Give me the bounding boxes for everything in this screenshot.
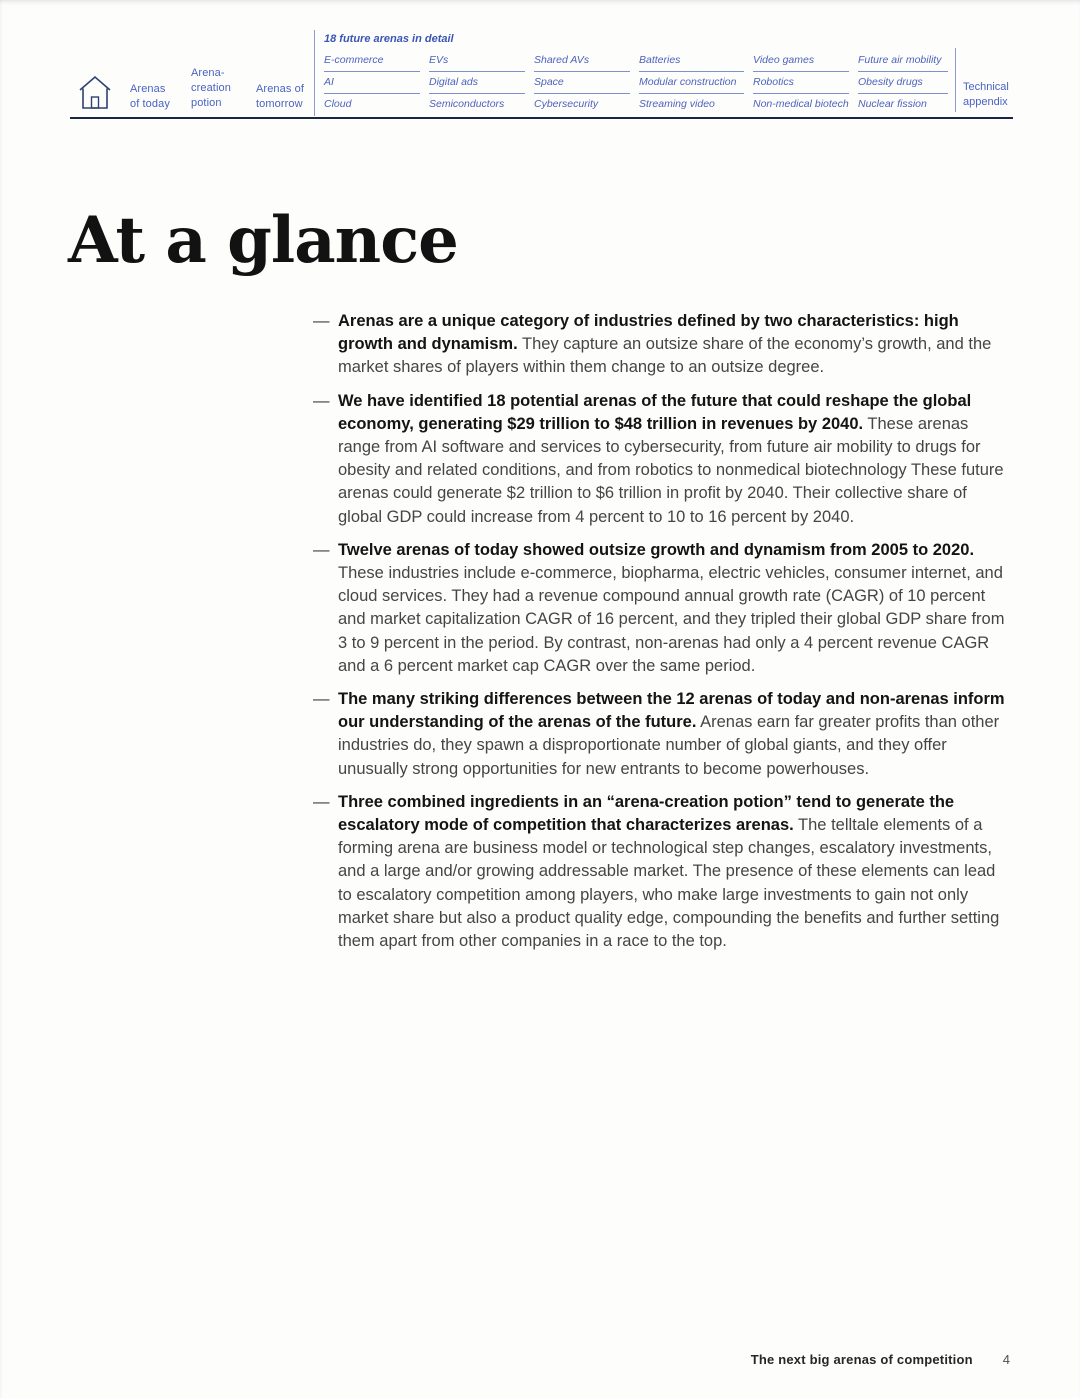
bullet-body: These industries include e-commerce, bio…	[338, 564, 1004, 675]
nav-link-batteries[interactable]: Batteries	[639, 50, 744, 72]
nav-link-nuclear-fission[interactable]: Nuclear fission	[858, 94, 948, 115]
nav-link-cloud[interactable]: Cloud	[324, 94, 420, 115]
bullet-dash: —	[313, 310, 338, 380]
nav-link-streaming-video[interactable]: Streaming video	[639, 94, 744, 115]
future-arenas-grid: E-commerce AI Cloud EVs Digital ads Semi…	[324, 50, 948, 115]
bullet-body: The telltale elements of a forming arena…	[338, 816, 999, 950]
list-item: — The many striking differences between …	[313, 688, 1013, 781]
home-icon	[76, 74, 116, 112]
nav-link-shared-avs[interactable]: Shared AVs	[534, 50, 630, 72]
arena-column-6: Future air mobility Obesity drugs Nuclea…	[858, 50, 948, 115]
report-page: Arenas of today Arena-creation potion Ar…	[0, 0, 1080, 1398]
bullet-text: We have identified 18 potential arenas o…	[338, 390, 1013, 529]
nav-link-cybersecurity[interactable]: Cybersecurity	[534, 94, 630, 115]
bullet-dash: —	[313, 688, 338, 781]
arena-column-4: Batteries Modular construction Streaming…	[639, 50, 744, 115]
arena-column-3: Shared AVs Space Cybersecurity	[534, 50, 630, 115]
footer-page-number: 4	[1003, 1352, 1010, 1367]
bullet-text: The many striking differences between th…	[338, 688, 1013, 781]
arena-column-1: E-commerce AI Cloud	[324, 50, 420, 115]
nav-link-ai[interactable]: AI	[324, 72, 420, 94]
arena-column-5: Video games Robotics Non-medical biotech	[753, 50, 849, 115]
bullet-text: Three combined ingredients in an “arena-…	[338, 791, 1013, 953]
footer-report-title: The next big arenas of competition	[751, 1352, 973, 1367]
nav-link-non-medical-biotech[interactable]: Non-medical biotech	[753, 94, 849, 115]
bullet-lead: Twelve arenas of today showed outsize gr…	[338, 541, 974, 559]
nav-item-technical-appendix[interactable]: Technical appendix	[963, 80, 1023, 110]
nav-link-robotics[interactable]: Robotics	[753, 72, 849, 94]
nav-link-space[interactable]: Space	[534, 72, 630, 94]
nav-link-video-games[interactable]: Video games	[753, 50, 849, 72]
detail-section-heading: 18 future arenas in detail	[324, 33, 454, 45]
list-item: — Twelve arenas of today showed outsize …	[313, 539, 1013, 678]
nav-link-digital-ads[interactable]: Digital ads	[429, 72, 525, 94]
page-title: At a glance	[68, 203, 458, 278]
nav-item-arenas-of-tomorrow[interactable]: Arenas of tomorrow	[256, 82, 314, 112]
nav-link-evs[interactable]: EVs	[429, 50, 525, 72]
bullet-text: Arenas are a unique category of industri…	[338, 310, 1013, 380]
nav-bottom-rule	[70, 117, 1013, 119]
nav-divider-left	[314, 30, 315, 116]
list-item: — Three combined ingredients in an “aren…	[313, 791, 1013, 953]
nav-link-semiconductors[interactable]: Semiconductors	[429, 94, 525, 115]
home-nav-button[interactable]	[76, 74, 116, 112]
nav-link-ecommerce[interactable]: E-commerce	[324, 50, 420, 72]
bullet-dash: —	[313, 390, 338, 529]
nav-link-future-air-mobility[interactable]: Future air mobility	[858, 50, 948, 72]
list-item: — We have identified 18 potential arenas…	[313, 390, 1013, 529]
nav-item-arena-creation-potion[interactable]: Arena-creation potion	[191, 66, 251, 111]
bullet-dash: —	[313, 539, 338, 678]
arena-column-2: EVs Digital ads Semiconductors	[429, 50, 525, 115]
nav-divider-right	[955, 48, 956, 112]
page-footer: The next big arenas of competition 4	[751, 1352, 1010, 1367]
summary-bullet-list: — Arenas are a unique category of indust…	[313, 310, 1013, 963]
nav-link-modular-construction[interactable]: Modular construction	[639, 72, 744, 94]
nav-link-obesity-drugs[interactable]: Obesity drugs	[858, 72, 948, 94]
list-item: — Arenas are a unique category of indust…	[313, 310, 1013, 380]
bullet-dash: —	[313, 791, 338, 953]
bullet-text: Twelve arenas of today showed outsize gr…	[338, 539, 1013, 678]
nav-item-arenas-of-today[interactable]: Arenas of today	[130, 82, 176, 112]
top-navigation: Arenas of today Arena-creation potion Ar…	[0, 0, 1080, 130]
